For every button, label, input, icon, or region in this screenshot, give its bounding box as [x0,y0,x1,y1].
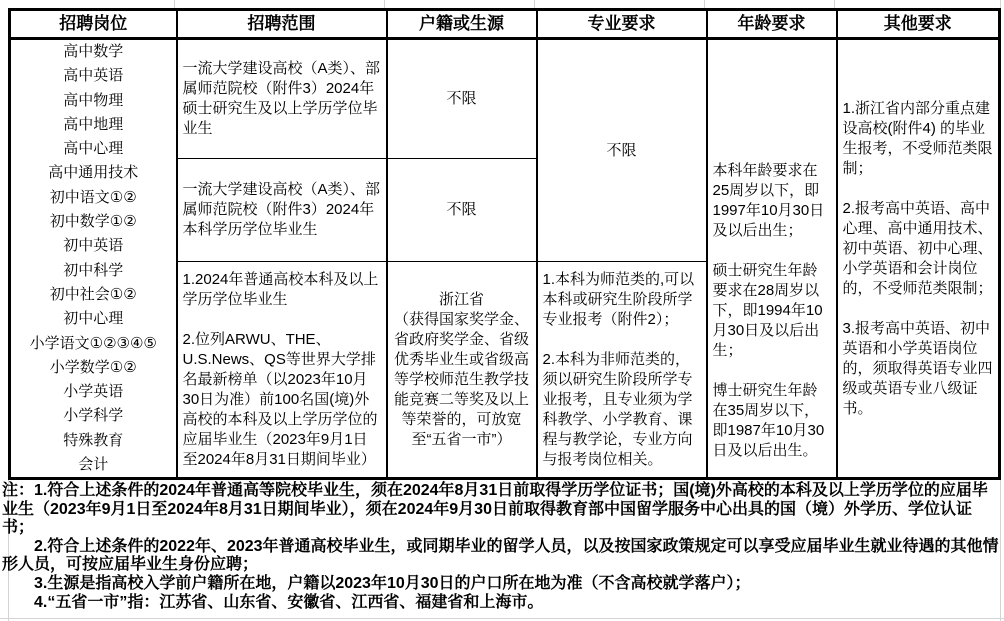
position-item: 初中心理 [13,307,174,331]
cell-age-requirements: 本科年龄要求在25周岁以下，即1997年10月30日及以后出生； 硕士研究生年龄… [707,39,837,479]
cell-hukou-row2: 不限 [387,159,537,262]
other-req-2: 2.报考高中英语、高中心理、高中通用技术、初中英语、初中心理、小学英语和会计岗位… [843,199,994,299]
scope-general-1: 1.2024年普通高校本科及以上学历学位毕业生 [183,270,381,310]
header-hukou: 户籍或生源 [387,10,537,39]
cell-scope-general: 1.2024年普通高校本科及以上学历学位毕业生 2.位列ARWU、THE、U.S… [177,262,387,479]
major-non-normal: 2.本科为非师范类的，须以研究生阶段所学专业报考，且专业须为学科教学、小学教育、… [543,350,701,470]
cell-major-detail: 1.本科为师范类的,可以本科或研究生阶段所学专业报考（附件2）； 2.本科为非师… [537,262,707,479]
position-item: 高中心理 [13,137,174,161]
gridline-artifact [534,0,535,8]
hukou-province: 浙江省 [393,290,531,310]
position-item: 高中物理 [13,89,174,113]
cell-major-unlimited: 不限 [537,39,707,262]
position-item: 小学数学①② [13,356,174,380]
footnote-4: 4.“五省一市”指：江苏省、山东省、安徽省、江西省、福建省和上海市。 [2,594,1002,613]
gridline-artifact [704,0,705,8]
age-doctor: 博士研究生年龄在35周岁以下，即1987年10月30日及以后出生。 [713,381,831,461]
footnotes: 注：1.符合上述条件的2024年普通高等院校毕业生，须在2024年8月31日前取… [2,482,1002,612]
position-item: 初中英语 [13,234,174,258]
hukou-relax-note: （获得国家奖学金、省政府奖学金、省级优秀毕业生或省级高等学校师范生教学技能竞赛二… [393,310,531,450]
footnote-1: 注：1.符合上述条件的2024年普通高等院校毕业生，须在2024年8月31日前取… [2,482,1002,538]
footnote-2: 2.符合上述条件的2022年、2023年普通高校毕业生，或同期毕业的留学人员，以… [2,538,1002,575]
scope-general-2: 2.位列ARWU、THE、U.S.News、QS等世界大学排名最新榜单（以202… [183,330,381,470]
header-age: 年龄要求 [707,10,837,39]
position-item: 初中社会①② [13,283,174,307]
recruitment-table: 招聘岗位 招聘范围 户籍或生源 专业要求 年龄要求 其他要求 高中数学 高中英语… [8,8,1001,480]
cell-hukou-row1: 不限 [387,39,537,159]
cell-scope-bachelors: 一流大学建设高校（A类）、部属师范院校（附件3）2024年本科学历学位毕业生 [177,159,387,262]
cell-positions-list: 高中数学 高中英语 高中物理 高中地理 高中心理 高中通用技术 初中语文①② 初… [10,39,177,479]
footnote-3: 3.生源是指高校入学前户籍所在地，户籍以2023年10月30日的户口所在地为准（… [2,575,1002,594]
other-req-3: 3.报考高中英语、初中英语和小学英语岗位的，须取得英语专业四级或英语专业八级证书… [843,319,994,419]
position-item: 小学英语 [13,380,174,404]
position-item: 特殊教育 [13,429,174,453]
cell-other-requirements: 1.浙江省内部分重点建设高校(附件4) 的毕业生报考，不受师范类限制； 2.报考… [837,39,1000,479]
position-item: 初中数学①② [13,210,174,234]
gridline-artifact [834,0,835,8]
table-row: 高中数学 高中英语 高中物理 高中地理 高中心理 高中通用技术 初中语文①② 初… [10,39,1000,159]
gridline-artifact [174,0,175,8]
other-req-1: 1.浙江省内部分重点建设高校(附件4) 的毕业生报考，不受师范类限制； [843,99,994,179]
header-row: 招聘岗位 招聘范围 户籍或生源 专业要求 年龄要求 其他要求 [10,10,1000,39]
header-other: 其他要求 [837,10,1000,39]
position-item: 高中通用技术 [13,161,174,185]
cell-scope-masters: 一流大学建设高校（A类）、部属师范院校（附件3）2024年硕士研究生及以上学历学… [177,39,387,159]
header-major: 专业要求 [537,10,707,39]
recruitment-notice-page: 招聘岗位 招聘范围 户籍或生源 专业要求 年龄要求 其他要求 高中数学 高中英语… [0,0,1004,621]
cell-hukou-zhejiang: 浙江省 （获得国家奖学金、省政府奖学金、省级优秀毕业生或省级高等学校师范生教学技… [387,262,537,479]
gridline-artifact [384,0,385,8]
position-item: 高中英语 [13,64,174,88]
position-item: 高中数学 [13,40,174,64]
major-normal: 1.本科为师范类的,可以本科或研究生阶段所学专业报考（附件2）； [543,270,701,330]
position-item: 高中地理 [13,113,174,137]
gridline-artifact [0,618,1004,619]
header-position: 招聘岗位 [10,10,177,39]
position-item: 小学科学 [13,404,174,428]
position-item: 小学语文①②③④⑤ [13,332,174,356]
header-scope: 招聘范围 [177,10,387,39]
age-bachelor: 本科年龄要求在25周岁以下，即1997年10月30日及以后出生； [713,161,831,241]
position-item: 会计 [13,453,174,477]
position-item: 初中科学 [13,259,174,283]
position-item: 初中语文①② [13,186,174,210]
age-master: 硕士研究生年龄要求在28周岁以下，即1994年10月30日及以后出生； [713,261,831,361]
